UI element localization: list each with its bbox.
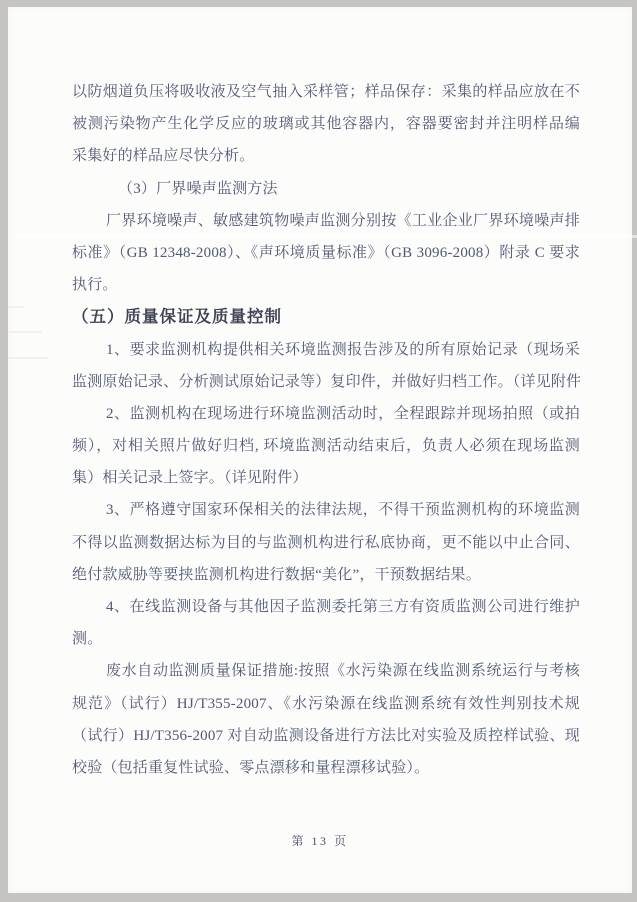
- page-number: 第 13 页: [8, 825, 632, 857]
- text-line: （3）厂界噪声监测方法: [72, 173, 580, 205]
- text-line: 校验（包括重复性试验、零点漂移和量程漂移试验）。: [72, 752, 580, 784]
- sub-heading: （3）厂界噪声监测方法: [72, 173, 580, 205]
- text-line: （试行）HJ/T356-2007 对自动监测设备进行方法比对实验及质控样试验、现…: [72, 720, 580, 752]
- text-line: 规范》（试行）HJ/T355-2007、《水污染源在线监测系统有效性判别技术规范…: [72, 688, 580, 720]
- text-line: 集）相关记录上签字。（详见附件）: [72, 462, 580, 494]
- body-paragraph: 以防烟道负压将吸收液及空气抽入采样管；样品保存：采集的样品应放在不与被测污染物产…: [72, 76, 580, 173]
- text-line: 4、在线监测设备与其他因子监测委托第三方有资质监测公司进行维护和监: [72, 591, 580, 623]
- body-paragraph: 厂界环境噪声、敏感建筑物噪声监测分别按《工业企业厂界环境噪声排放标准》（GB 1…: [72, 205, 580, 302]
- scan-artifact: [8, 306, 24, 308]
- text-line: 监测原始记录、分析测试原始记录等）复印件，并做好归档工作。（详见附件）: [72, 366, 580, 398]
- body-paragraph: 废水自动监测质量保证措施:按照《水污染源在线监测系统运行与考核技术规范》（试行）…: [72, 655, 580, 784]
- body-paragraph: 1、要求监测机构提供相关环境监测报告涉及的所有原始记录（现场采样、监测原始记录、…: [72, 334, 580, 398]
- document-page: 以防烟道负压将吸收液及空气抽入采样管；样品保存：采集的样品应放在不与被测污染物产…: [8, 7, 632, 893]
- text-line: 废水自动监测质量保证措施:按照《水污染源在线监测系统运行与考核技术: [72, 655, 580, 687]
- body-paragraph: 3、严格遵守国家环保相关的法律法规，不得干预监测机构的环境监测活动，不得以监测数…: [72, 494, 580, 591]
- text-line: 被测污染物产生化学反应的玻璃或其他容器内，容器要密封并注明样品编号，: [72, 108, 580, 140]
- text-line: 不得以监测数据达标为目的与监测机构进行私底协商，更不能以中止合同、拒: [72, 527, 580, 559]
- text-line: 采集好的样品应尽快分析。: [72, 140, 580, 172]
- scanned-document: 以防烟道负压将吸收液及空气抽入采样管；样品保存：采集的样品应放在不与被测污染物产…: [0, 0, 637, 902]
- page-content: 以防烟道负压将吸收液及空气抽入采样管；样品保存：采集的样品应放在不与被测污染物产…: [72, 76, 580, 784]
- text-line: 厂界环境噪声、敏感建筑物噪声监测分别按《工业企业厂界环境噪声排放: [72, 205, 580, 237]
- scan-artifact: [8, 357, 48, 359]
- text-line: 2、监测机构在现场进行环境监测活动时，全程跟踪并现场拍照（或拍摄视: [72, 398, 580, 430]
- text-line: 3、严格遵守国家环保相关的法律法规，不得干预监测机构的环境监测活动，: [72, 494, 580, 526]
- section-heading: （五）质量保证及质量控制: [72, 301, 580, 333]
- text-line: 1、要求监测机构提供相关环境监测报告涉及的所有原始记录（现场采样、: [72, 334, 580, 366]
- body-paragraph: 4、在线监测设备与其他因子监测委托第三方有资质监测公司进行维护和监测。: [72, 591, 580, 655]
- text-line: 以防烟道负压将吸收液及空气抽入采样管；样品保存：采集的样品应放在不与: [72, 76, 580, 108]
- text-line: （五）质量保证及质量控制: [72, 301, 580, 333]
- body-paragraph: 2、监测机构在现场进行环境监测活动时，全程跟踪并现场拍照（或拍摄视频），对相关照…: [72, 398, 580, 495]
- text-line: 绝付款威胁等要挟监测机构进行数据“美化”，干预数据结果。: [72, 559, 580, 591]
- text-line: 测。: [72, 623, 580, 655]
- text-line: 标准》（GB 12348-2008）、《声环境质量标准》（GB 3096-200…: [72, 237, 580, 269]
- text-line: 频），对相关照片做好归档, 环境监测活动结束后，负责人必须在现场监测（采: [72, 430, 580, 462]
- scan-artifact: [8, 331, 42, 333]
- text-line: 执行。: [72, 269, 580, 301]
